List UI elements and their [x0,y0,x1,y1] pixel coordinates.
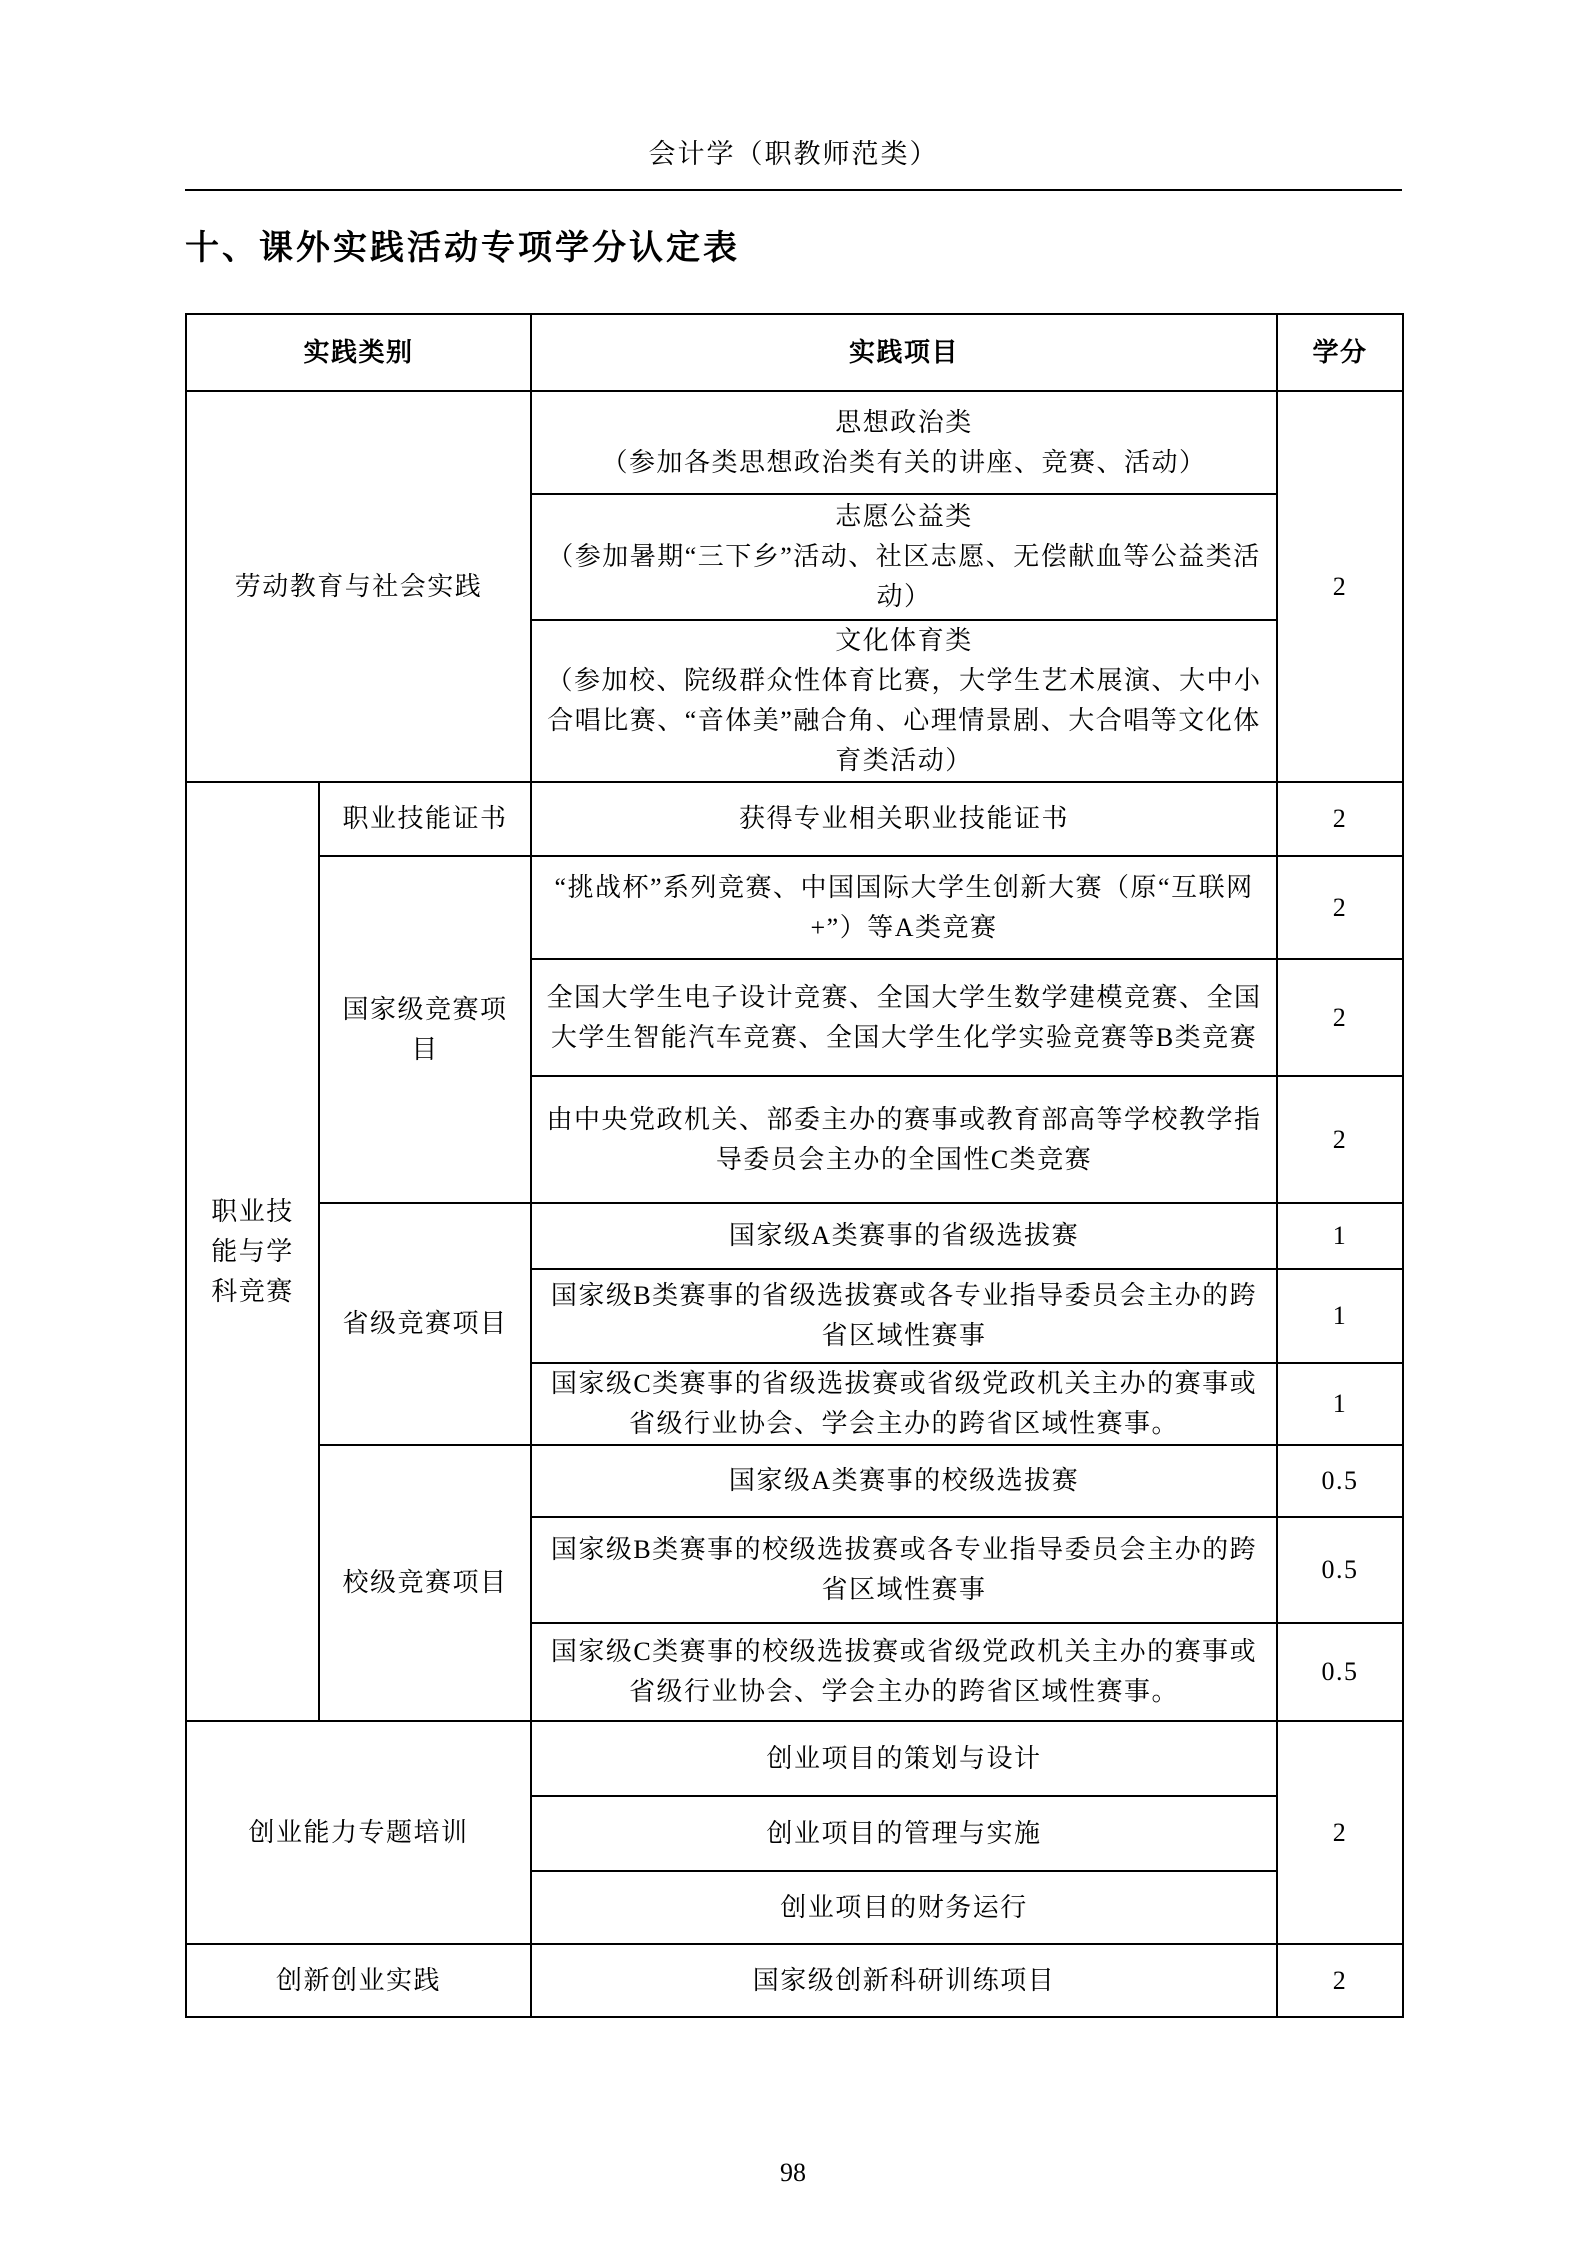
table-row: 校级竞赛项目 国家级A类赛事的校级选拔赛 0.5 [186,1445,1403,1517]
credit-cell: 2 [1277,959,1403,1076]
table-row: 国家级竞赛项目 “挑战杯”系列竞赛、中国国际大学生创新大赛（原“互联网+”）等A… [186,856,1403,959]
credit-cell: 1 [1277,1363,1403,1445]
credit-cell: 1 [1277,1269,1403,1363]
subcategory-cell-vocational-certificate: 职业技能证书 [319,782,531,856]
project-name: 文化体育类 [544,621,1264,661]
project-cell: 国家级创新科研训练项目 [531,1944,1277,2017]
credit-recognition-table: 实践类别 实践项目 学分 劳动教育与社会实践 思想政治类 （参加各类思想政治类有… [185,313,1404,2018]
project-cell: “挑战杯”系列竞赛、中国国际大学生创新大赛（原“互联网+”）等A类竞赛 [531,856,1277,959]
project-cell: 思想政治类 （参加各类思想政治类有关的讲座、竞赛、活动） [531,391,1277,494]
project-cell: 国家级A类赛事的校级选拔赛 [531,1445,1277,1517]
project-name: 志愿公益类 [544,497,1264,537]
header-cell-credit: 学分 [1277,314,1403,391]
category-cell-entrepreneurship-training: 创业能力专题培训 [186,1721,531,1944]
project-name: 思想政治类 [544,403,1264,443]
table-row: 职业技能与学科竞赛 职业技能证书 获得专业相关职业技能证书 2 [186,782,1403,856]
project-cell: 文化体育类 （参加校、院级群众性体育比赛，大学生艺术展演、大中小合唱比赛、“音体… [531,620,1277,782]
table-header-row: 实践类别 实践项目 学分 [186,314,1403,391]
credit-cell: 2 [1277,1944,1403,2017]
section-title: 十、课外实践活动专项学分认定表 [185,220,740,269]
project-cell: 创业项目的财务运行 [531,1871,1277,1944]
page-number: 98 [0,2158,1586,2188]
credit-cell: 1 [1277,1203,1403,1269]
project-cell: 国家级C类赛事的省级选拔赛或省级党政机关主办的赛事或省级行业协会、学会主办的跨省… [531,1363,1277,1445]
credit-cell: 0.5 [1277,1445,1403,1517]
category-cell-vocational-skills-competition: 职业技能与学科竞赛 [186,782,319,1721]
header-cell-category: 实践类别 [186,314,531,391]
table-row: 创业能力专题培训 创业项目的策划与设计 2 [186,1721,1403,1796]
category-cell-labor-social-practice: 劳动教育与社会实践 [186,391,531,782]
table-row: 劳动教育与社会实践 思想政治类 （参加各类思想政治类有关的讲座、竞赛、活动） 2 [186,391,1403,494]
project-cell: 全国大学生电子设计竞赛、全国大学生数学建模竞赛、全国大学生智能汽车竞赛、全国大学… [531,959,1277,1076]
credit-cell: 2 [1277,782,1403,856]
credit-cell: 2 [1277,1076,1403,1203]
credit-cell: 2 [1277,856,1403,959]
subcategory-cell-provincial-competition: 省级竞赛项目 [319,1203,531,1445]
project-cell: 创业项目的策划与设计 [531,1721,1277,1796]
credit-cell: 0.5 [1277,1623,1403,1721]
project-cell: 国家级B类赛事的省级选拔赛或各专业指导委员会主办的跨省区域性赛事 [531,1269,1277,1363]
header-cell-project: 实践项目 [531,314,1277,391]
project-desc: （参加校、院级群众性体育比赛，大学生艺术展演、大中小合唱比赛、“音体美”融合角、… [544,661,1264,781]
project-cell: 国家级A类赛事的省级选拔赛 [531,1203,1277,1269]
project-cell: 国家级B类赛事的校级选拔赛或各专业指导委员会主办的跨省区域性赛事 [531,1517,1277,1623]
category-cell-innovation-practice: 创新创业实践 [186,1944,531,2017]
project-cell: 由中央党政机关、部委主办的赛事或教育部高等学校教学指导委员会主办的全国性C类竞赛 [531,1076,1277,1203]
project-desc: （参加暑期“三下乡”活动、社区志愿、无偿献血等公益类活动） [544,537,1264,617]
subcategory-cell-school-competition: 校级竞赛项目 [319,1445,531,1721]
project-cell: 获得专业相关职业技能证书 [531,782,1277,856]
document-page: 会计学（职教师范类） 十、课外实践活动专项学分认定表 实践类别 实践项目 学分 … [0,0,1586,2245]
project-cell: 志愿公益类 （参加暑期“三下乡”活动、社区志愿、无偿献血等公益类活动） [531,494,1277,620]
table-row: 省级竞赛项目 国家级A类赛事的省级选拔赛 1 [186,1203,1403,1269]
subcategory-cell-national-competition: 国家级竞赛项目 [319,856,531,1203]
running-header: 会计学（职教师范类） [185,134,1402,191]
table-row: 创新创业实践 国家级创新科研训练项目 2 [186,1944,1403,2017]
project-cell: 国家级C类赛事的校级选拔赛或省级党政机关主办的赛事或省级行业协会、学会主办的跨省… [531,1623,1277,1721]
credit-cell: 2 [1277,1721,1403,1944]
project-cell: 创业项目的管理与实施 [531,1796,1277,1871]
credit-cell: 0.5 [1277,1517,1403,1623]
credit-cell: 2 [1277,391,1403,782]
project-desc: （参加各类思想政治类有关的讲座、竞赛、活动） [544,443,1264,483]
